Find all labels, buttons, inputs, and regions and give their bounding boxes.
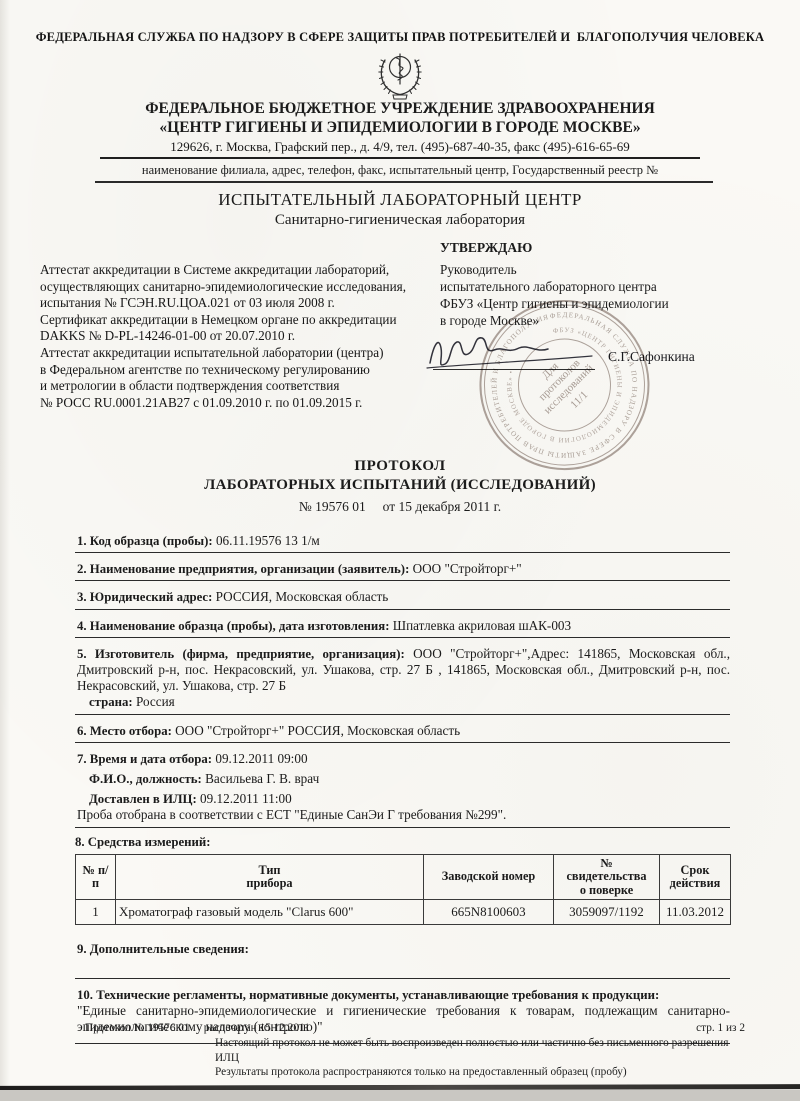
cell-serial: 665N8100603 — [424, 900, 554, 925]
approval-title: УТВЕРЖДАЮ — [440, 240, 532, 256]
instruments-table: № п/п Тип прибора Заводской номер № свид… — [75, 854, 731, 926]
fio-label: Ф.И.О., должность: — [89, 772, 202, 786]
accreditation-line: Аттестат аккредитации в Системе аккредит… — [40, 262, 452, 279]
delivered-value: 09.12.2011 11:00 — [200, 791, 292, 806]
accreditation-line: осуществляющих санитарно-эпидемиологичес… — [40, 279, 452, 296]
field-label: 10. Технические регламенты, нормативные … — [77, 987, 730, 1003]
field-sampling-datetime: 7. Время и дата отбора: 09.12.2011 09:00… — [75, 749, 730, 828]
approval-line: Руководитель — [440, 261, 669, 278]
org-name-line2: «ЦЕНТР ГИГИЕНЫ И ЭПИДЕМИОЛОГИИ В ГОРОДЕ … — [0, 119, 800, 137]
field-additional-info: 9. Дополнительные сведения: — [75, 939, 730, 978]
field-instruments: 8. Средства измерений: № п/п Тип прибора… — [75, 834, 730, 926]
country-label: страна: — [89, 695, 133, 709]
col-header-certificate: № свидетельства о поверке — [554, 854, 660, 900]
protocol-title: ПРОТОКОЛ — [0, 458, 800, 475]
field-label: 4. Наименование образца (пробы), дата из… — [77, 619, 389, 633]
col-header-num: № п/п — [76, 854, 116, 900]
instruments-data-row: 1 Хроматограф газовый модель "Clarus 600… — [76, 900, 731, 925]
sampling-note: Проба отобрана в соответствии с ЕСТ "Еди… — [77, 807, 730, 823]
accreditation-block: Аттестат аккредитации в Системе аккредит… — [40, 262, 452, 411]
col-header-serial: Заводской номер — [424, 854, 554, 900]
field-label: 9. Дополнительные сведения: — [77, 942, 249, 956]
footer-note-1: Настоящий протокол не может быть воспрои… — [215, 1036, 745, 1065]
cell-certificate: 3059097/1192 — [554, 900, 660, 925]
field-value: Шпатлевка акриловая шАК-003 — [393, 618, 571, 633]
document-page: ФЕДЕРАЛЬНАЯ СЛУЖБА ПО НАДЗОРУ В СФЕРЕ ЗА… — [0, 0, 800, 1101]
country-value: Россия — [136, 694, 175, 709]
footer-page-number: стр. 1 из 2 — [696, 1022, 745, 1034]
agency-header: ФЕДЕРАЛЬНАЯ СЛУЖБА ПО НАДЗОРУ В СФЕРЕ ЗА… — [0, 30, 800, 45]
protocol-subtitle: ЛАБОРАТОРНЫХ ИСПЫТАНИЙ (ИССЛЕДОВАНИЙ) — [0, 477, 800, 494]
delivered-label: Доставлен в ИЛЦ: — [89, 792, 197, 806]
field-label: 2. Наименование предприятия, организации… — [77, 562, 409, 576]
org-name-line1: ФЕДЕРАЛЬНОЕ БЮДЖЕТНОЕ УЧРЕЖДЕНИЕ ЗДРАВОО… — [0, 100, 800, 118]
accreditation-line: Аттестат аккредитации испытательной лабо… — [40, 345, 452, 362]
page-footer: Протокол № 19576 01 распечатан 15.12.201… — [85, 1022, 745, 1080]
field-sampling-place: 6. Место отбора: ООО "Стройторг+" РОССИЯ… — [75, 721, 730, 743]
who-emblem-icon — [373, 50, 427, 107]
accreditation-line: испытания № ГСЭН.RU.ЦОА.021 от 03 июля 2… — [40, 295, 452, 312]
field-value: ООО "Стройторг+" РОССИЯ, Московская обла… — [175, 723, 460, 738]
field-client-org: 2. Наименование предприятия, организации… — [75, 559, 730, 581]
field-label: 6. Место отбора: — [77, 724, 172, 738]
protocol-number: № 19576 01 от 15 декабря 2011 г. — [0, 499, 800, 515]
field-value: ООО "Стройторг+" — [413, 561, 522, 576]
footer-protocol-ref: Протокол № 19576 01 распечатан 15.12.201… — [85, 1022, 310, 1034]
accreditation-line: и метрологии в области подтверждения соо… — [40, 378, 452, 395]
lab-center-title: ИСПЫТАТЕЛЬНЫЙ ЛАБОРАТОРНЫЙ ЦЕНТР — [0, 190, 800, 210]
cell-num: 1 — [76, 900, 116, 925]
field-legal-address: 3. Юридический адрес: РОССИЯ, Московская… — [75, 587, 730, 609]
accreditation-line: № РОСС RU.0001.21АВ27 с 01.09.2010 г. по… — [40, 395, 452, 412]
col-header-type: Тип прибора — [116, 854, 424, 900]
field-label: 3. Юридический адрес: — [77, 590, 212, 604]
field-value: 09.12.2011 09:00 — [215, 751, 307, 766]
col-header-validity: Срок действия — [660, 854, 731, 900]
field-sample-name: 4. Наименование образца (пробы), дата из… — [75, 616, 730, 638]
accreditation-line: DAKKS № D-PL-14246-01-00 от 20.07.2010 г… — [40, 328, 452, 345]
field-label: 5. Изготовитель (фирма, предприятие, орг… — [77, 647, 405, 661]
field-sample-code: 1. Код образца (пробы): 06.11.19576 13 1… — [75, 531, 730, 553]
accreditation-line: в Федеральном агентстве по техническому … — [40, 362, 452, 379]
field-value: 06.11.19576 13 1/м — [216, 533, 320, 548]
field-label: 8. Средства измерений: — [75, 835, 211, 849]
divider-line-bottom — [95, 181, 713, 183]
protocol-fields: 1. Код образца (пробы): 06.11.19576 13 1… — [75, 531, 730, 1050]
lab-center-subtitle: Санитарно-гигиеническая лаборатория — [0, 212, 800, 229]
cell-validity: 11.03.2012 — [660, 900, 731, 925]
field-manufacturer: 5. Изготовитель (фирма, предприятие, орг… — [75, 644, 730, 715]
field-label: 7. Время и дата отбора: — [77, 752, 212, 766]
org-address: 129626, г. Москва, Графский пер., д. 4/9… — [0, 139, 800, 155]
accreditation-line: Сертификат аккредитации в Немецком орган… — [40, 312, 452, 329]
branch-note: наименование филиала, адрес, телефон, фа… — [0, 163, 800, 178]
field-label: 1. Код образца (пробы): — [77, 534, 213, 548]
field-value: РОССИЯ, Московская область — [216, 589, 389, 604]
scan-background — [0, 1090, 800, 1101]
fio-value: Васильева Г. В. врач — [205, 771, 319, 786]
instruments-header-row: № п/п Тип прибора Заводской номер № свид… — [76, 854, 731, 900]
cell-type: Хроматограф газовый модель "Clarus 600" — [116, 900, 424, 925]
footer-note-2: Результаты протокола распространяются то… — [215, 1065, 745, 1080]
divider-line-top — [100, 157, 700, 159]
